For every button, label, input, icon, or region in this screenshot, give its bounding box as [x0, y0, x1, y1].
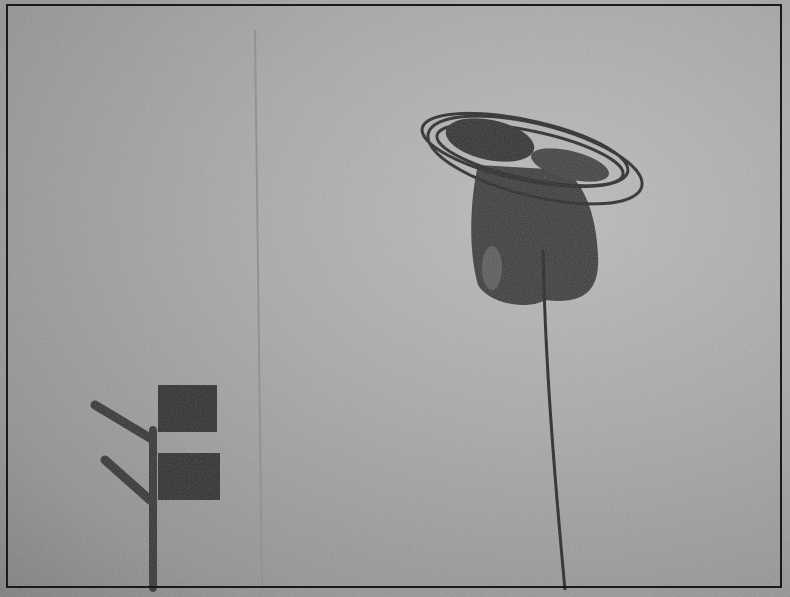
photograph [0, 0, 790, 597]
photo-border [6, 4, 782, 588]
